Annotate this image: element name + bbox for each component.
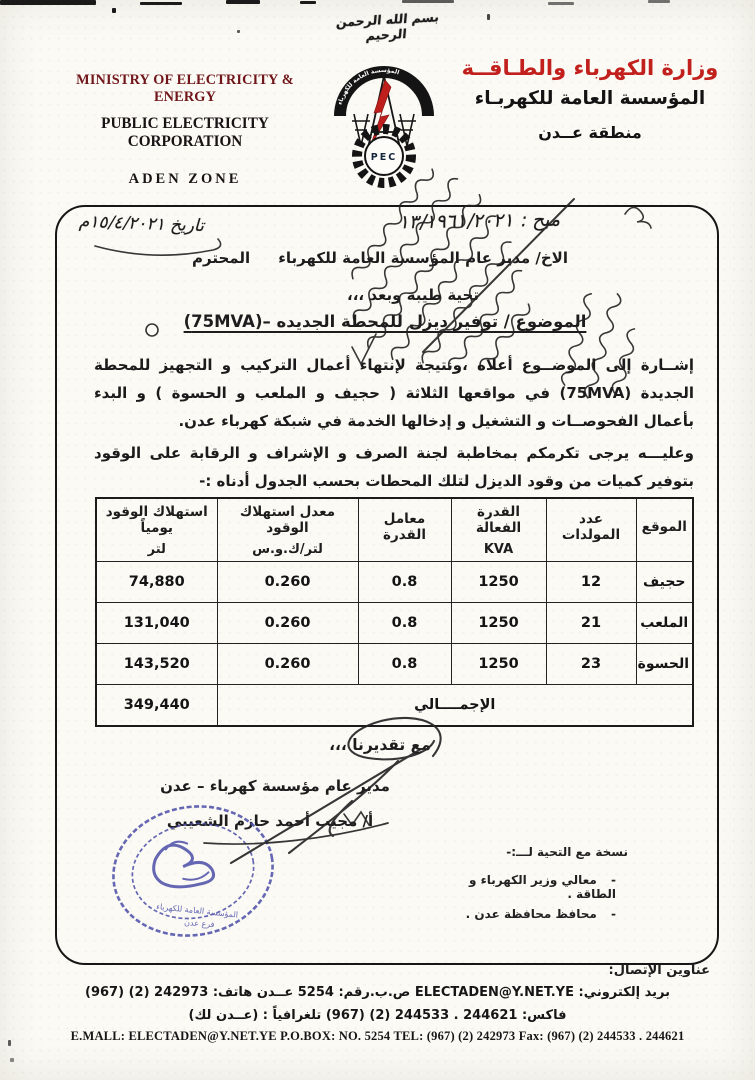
scan-artifact — [112, 8, 116, 13]
cell-rate: 0.260 — [217, 603, 358, 644]
table-row: حجيف 12 1250 0.8 0.260 74,880 — [96, 562, 693, 603]
cell-generators: 23 — [546, 644, 636, 685]
pec-abbrev: PEC — [371, 152, 397, 163]
greeting-line: تحية طيبة وبعد ،،، — [338, 286, 488, 304]
table-row: الحسوة 23 1250 0.8 0.260 143,520 — [96, 644, 693, 685]
cell-factor: 0.8 — [358, 644, 451, 685]
scan-artifact — [140, 2, 182, 5]
cell-power: 1250 — [451, 562, 546, 603]
closing-regards: مع تقديرنا ،،، — [315, 736, 445, 754]
cell-daily: 143,520 — [96, 644, 217, 685]
scan-artifact — [300, 1, 316, 4]
honorific-text: المحترم — [192, 249, 250, 267]
col-factor: معامل القدرة — [358, 498, 451, 562]
cc-title: نسخة مع التحية لـــ:- — [428, 845, 628, 859]
corporation-title-ar: المؤسسة العامة للكهربـاء — [440, 88, 740, 109]
letterhead-english: MINISTRY OF ELECTRICITY & ENERGY PUBLIC … — [50, 72, 320, 188]
addressee-line: الاخ/ مدير عام المؤسسة العامة للكهرباء ا… — [192, 249, 568, 267]
cell-site: الحسوة — [636, 644, 693, 685]
cell-factor: 0.8 — [358, 603, 451, 644]
cc-item: - محافظ محافظة عدن . — [428, 907, 616, 921]
pec-logo-icon: المؤسسة العامة للكهرباء PEC — [327, 50, 441, 192]
scan-artifact — [402, 0, 454, 3]
subject-line: الموضوع / توفير ديزل للمحطة الجديده –(75… — [150, 312, 620, 331]
contact-line-arabic-2: فاكس: 244621 . 244533 (2) (967) تلغرافيا… — [0, 1008, 755, 1023]
bismillah-calligraphy: بسم الله الرحمن الرحيم — [321, 9, 453, 46]
cell-generators: 12 — [546, 562, 636, 603]
col-rate: معدل استهلاك الوقودلتر/ك.و.س — [217, 498, 358, 562]
cell-site: حجيف — [636, 562, 693, 603]
col-daily: استهلاك الوقود يومياًلتر — [96, 498, 217, 562]
table-total-row: الإجمــــالي 349,440 — [96, 685, 693, 727]
ministry-title-ar: وزارة الكهرباء والطـاقــة — [440, 56, 740, 80]
scan-artifact — [0, 0, 96, 5]
scanned-letter-page: بسم الله الرحمن الرحيم MINISTRY OF ELECT… — [0, 0, 755, 1080]
body-paragraph-1: إشــارة إلى الموضــوع أعلاه ،ونتيجة لإنت… — [94, 352, 694, 435]
scan-artifact — [10, 1058, 14, 1062]
cell-daily: 131,040 — [96, 603, 217, 644]
body-paragraph-2: وعليـــه يرجى تكرمكم بمخاطبة لجنة الصرف … — [94, 440, 694, 496]
table-row: الملعب 21 1250 0.8 0.260 131,040 — [96, 603, 693, 644]
scan-artifact — [548, 2, 574, 5]
contact-title: عناوين الإتصال: — [545, 963, 710, 978]
cc-item: - معالي وزير الكهرباء و الطاقة . — [428, 873, 616, 901]
zone-title-en: ADEN ZONE — [50, 171, 320, 188]
scan-artifact — [487, 14, 490, 20]
ministry-title-en: MINISTRY OF ELECTRICITY & ENERGY — [57, 72, 314, 106]
cell-generators: 21 — [546, 603, 636, 644]
contact-line-arabic-1: بريد إلكتروني: ELECTADEN@Y.NET.YE ص.ب.رق… — [0, 985, 755, 1000]
col-power: القدرة الفعالةKVA — [451, 498, 546, 562]
zone-title-ar: منطقة عــدن — [440, 123, 740, 142]
cell-power: 1250 — [451, 603, 546, 644]
total-label: الإجمــــالي — [217, 685, 693, 727]
scan-artifact — [237, 30, 240, 33]
cell-power: 1250 — [451, 644, 546, 685]
scan-artifact — [648, 0, 670, 3]
addressee-text: الاخ/ مدير عام المؤسسة العامة للكهرباء — [278, 249, 568, 267]
cc-block: نسخة مع التحية لـــ:- - معالي وزير الكهر… — [428, 845, 628, 921]
corporation-title-en: PUBLIC ELECTRICITY CORPORATION — [57, 115, 314, 151]
signatory-title: مدير عام مؤسسة كهرباء – عدن — [160, 777, 390, 795]
table-header-row: الموقع عدد المولدات القدرة الفعالةKVA مع… — [96, 498, 693, 562]
cell-rate: 0.260 — [217, 562, 358, 603]
handwritten-ref-number: مبح : ١٣/١٩٦١/٢٠٢١ — [398, 209, 564, 234]
cell-site: الملعب — [636, 603, 693, 644]
contact-line-english: E.MALL: ELECTADEN@Y.NET.YE P.O.BOX: NO. … — [0, 1029, 755, 1044]
scan-artifact — [226, 0, 260, 4]
cell-rate: 0.260 — [217, 644, 358, 685]
col-site: الموقع — [636, 498, 693, 562]
signatory-name: أ/ مجيب أحمد حازم الشعيبي — [160, 812, 380, 830]
cell-factor: 0.8 — [358, 562, 451, 603]
col-generators: عدد المولدات — [546, 498, 636, 562]
fuel-consumption-table: الموقع عدد المولدات القدرة الفعالةKVA مع… — [95, 497, 694, 727]
letterhead-arabic: وزارة الكهرباء والطـاقــة المؤسسة العامة… — [440, 56, 740, 142]
total-value: 349,440 — [96, 685, 217, 727]
cell-daily: 74,880 — [96, 562, 217, 603]
svg-text:المؤسسة العامة للكهرباء: المؤسسة العامة للكهرباء — [337, 67, 401, 106]
